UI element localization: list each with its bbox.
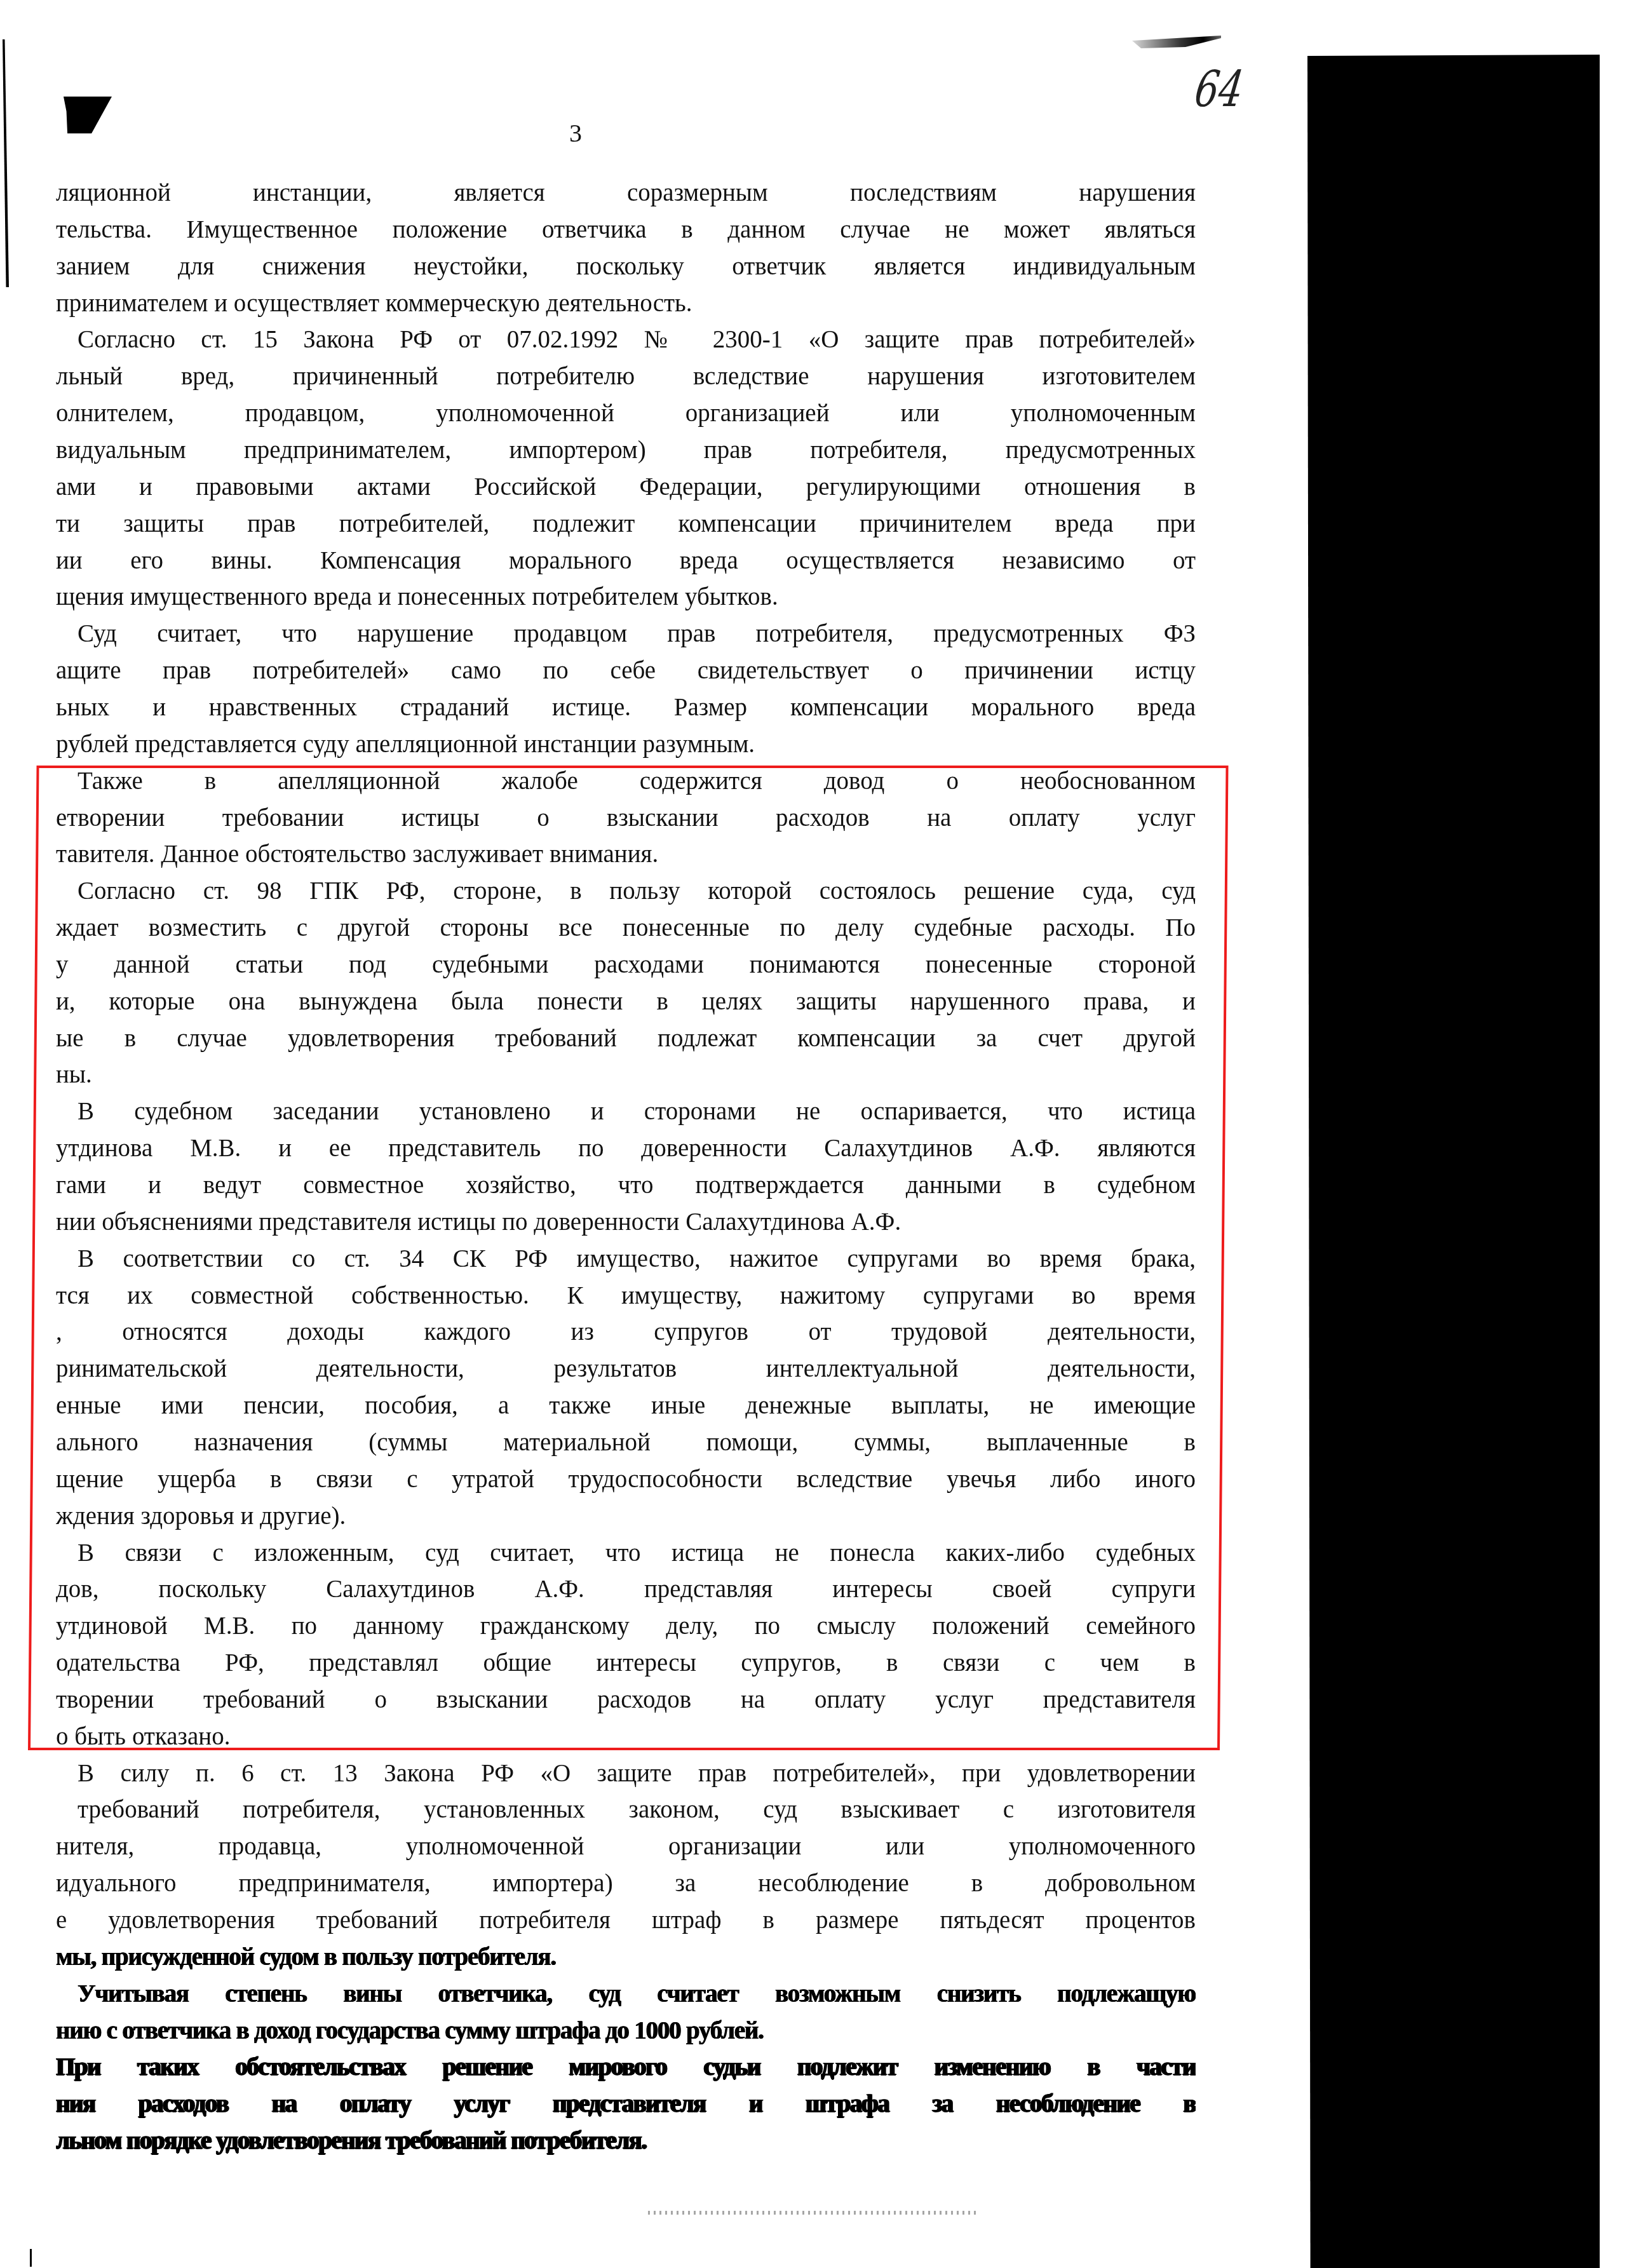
handwritten-sheet-number: 64 (1191, 61, 1246, 118)
text-line: щения имущественного вреда и понесенных … (56, 579, 1196, 616)
text-line: При таких обстоятельствах решение мирово… (56, 2049, 1196, 2086)
text-line: е удовлетворения требований потребителя … (56, 1902, 1196, 1939)
scan-corner-mark (64, 97, 112, 133)
scan-edge-mark (30, 2249, 32, 2267)
text-line: занием для снижения неустойки, поскольку… (56, 248, 1196, 285)
text-line: рублей представляется суду апелляционной… (56, 726, 1196, 763)
text-line: ния расходов на оплату услуг представите… (56, 2086, 1196, 2123)
text-line: льный вред, причиненный потребителю всле… (56, 358, 1196, 395)
text-line: ами и правовыми актами Российской Федера… (56, 469, 1196, 506)
text-line: ащите прав потребителей» само по себе св… (56, 652, 1196, 689)
highlight-annotation-box (28, 766, 1229, 1750)
scanned-document-page: 3 64 ляционной инстанции, является сораз… (0, 0, 1634, 2268)
text-line: В силу п. 6 ст. 13 Закона РФ «О защите п… (78, 1755, 1196, 1792)
text-line: мы, присужденной судом в пользу потребит… (56, 1939, 1196, 1976)
text-line: нителя, продавца, уполномоченной организ… (56, 1828, 1196, 1865)
text-line: ляционной инстанции, является соразмерны… (56, 175, 1196, 212)
text-line: ии его вины. Компенсация морального вред… (56, 543, 1196, 579)
text-line: нию с ответчика в доход государства сумм… (56, 2013, 1196, 2049)
text-line: Согласно ст. 15 Закона РФ от 07.02.1992 … (78, 321, 1196, 358)
text-line: ти защиты прав потребителей, подлежит ко… (56, 506, 1196, 543)
scan-artifact (648, 2211, 978, 2215)
page-number: 3 (569, 118, 582, 148)
text-line: олнителем, продавцом, уполномоченной орг… (56, 395, 1196, 432)
redaction-bar (1307, 55, 1600, 2268)
text-line: видуальным предпринимателем, импортером)… (56, 432, 1196, 469)
text-line: ьных и нравственных страданий истице. Ра… (56, 689, 1196, 726)
text-line: льном порядке удовлетворения требований … (56, 2123, 1196, 2159)
text-line: Учитывая степень вины ответчика, суд счи… (78, 1976, 1196, 2013)
scan-smudge (1132, 36, 1221, 48)
text-line: требований потребителя, установленных за… (78, 1792, 1196, 1828)
text-line: тельства. Имущественное положение ответч… (56, 212, 1196, 248)
text-line: Суд считает, что нарушение продавцом пра… (78, 616, 1196, 652)
scan-edge-line (3, 39, 9, 287)
text-line: идуального предпринимателя, импортера) з… (56, 1865, 1196, 1902)
text-line: принимателем и осуществляет коммерческую… (56, 285, 1196, 322)
